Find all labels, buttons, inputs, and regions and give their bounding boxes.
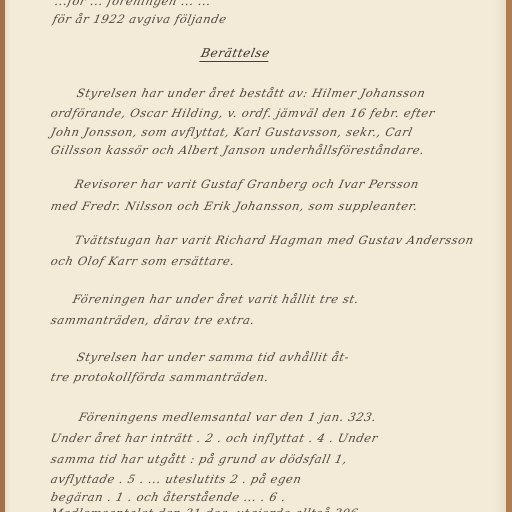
para6-line6: Medlemsantalet den 31 dec. utgjorde allt… [50, 506, 360, 512]
para6-line4: avflyttade . 5 . ... uteslutits 2 . på e… [50, 472, 304, 486]
para6-line1: Föreningens medlemsantal var den 1 jan. … [78, 410, 378, 424]
document-heading: Berättelse [199, 46, 271, 62]
para5-line1: Styrelsen har under samma tid avhållit å… [76, 350, 351, 364]
para6-line2: Under året har inträtt . 2 . och inflytt… [50, 431, 380, 445]
para3-line2: och Olof Karr som ersättare. [50, 254, 237, 268]
para4-line2: sammanträden, därav tre extra. [50, 313, 257, 327]
para2-line1: Revisorer har varit Gustaf Granberg och … [74, 177, 421, 191]
para2-line2: med Fredr. Nilsson och Erik Johansson, s… [50, 199, 420, 213]
top-line-1: ...för ... föreningen ... ... [54, 0, 213, 8]
para5-line2: tre protokollförda sammanträden. [50, 370, 271, 384]
para1-line1: Styrelsen har under året bestått av: Hil… [76, 86, 427, 100]
para1-line2: ordförande, Oscar Hilding, v. ordf. jämv… [50, 106, 437, 120]
top-line-2: för år 1922 avgiva följande [52, 12, 229, 26]
para6-line3: samma tid har utgått : på grund av dödsf… [50, 452, 349, 466]
para1-line3: John Jonsson, som avflyttat, Karl Gustav… [50, 125, 415, 139]
manuscript-page: ...för ... föreningen ... ... för år 192… [5, 0, 506, 512]
binding-edge-right [506, 0, 512, 512]
para6-line5: begäran . 1 . och återstående ... . 6 . [50, 490, 288, 504]
para3-line1: Tvättstugan har varit Richard Hagman med… [74, 233, 476, 247]
para1-line4: Gillsson kassör och Albert Janson underh… [50, 143, 426, 157]
para4-line1: Föreningen har under året varit hållit t… [72, 292, 361, 306]
